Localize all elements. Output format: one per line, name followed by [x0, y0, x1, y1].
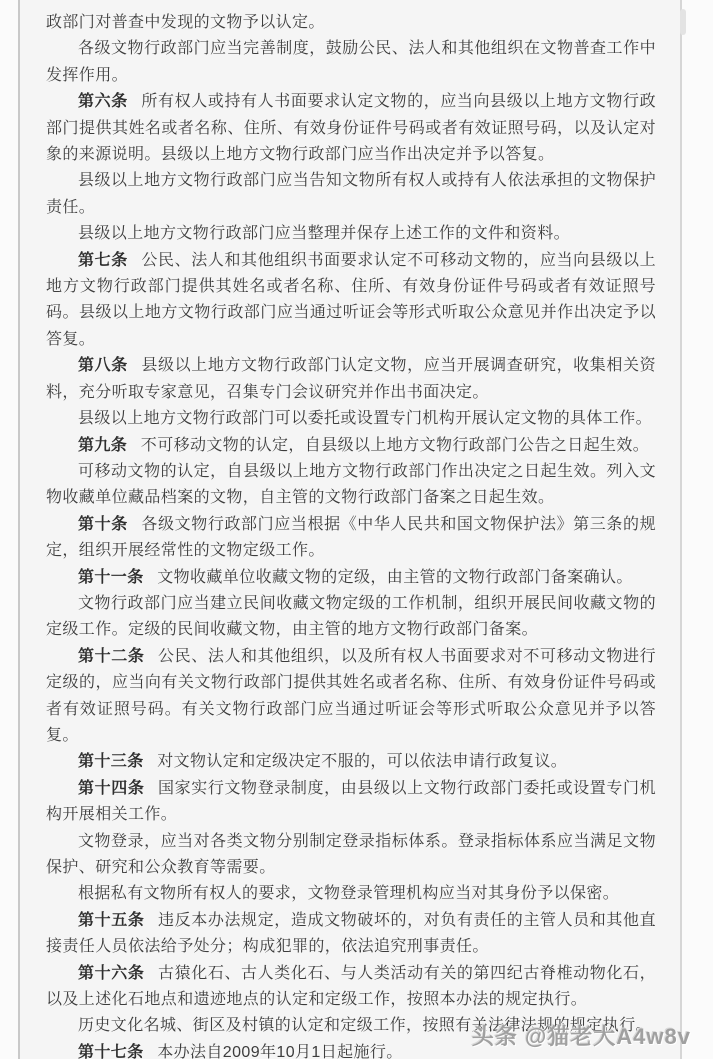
paragraph: 第十一条文物收藏单位收藏文物的定级，由主管的文物行政部门备案确认。 [46, 565, 656, 591]
paragraph: 第九条不可移动文物的认定，自县级以上地方文物行政部门公告之日起生效。 [46, 433, 656, 459]
paragraph: 第八条县级以上地方文物行政部门认定文物，应当开展调查研究，收集相关资料，充分听取… [46, 353, 656, 406]
paragraph: 根据私有文物所有权人的要求，文物登录管理机构应当对其身份予以保密。 [46, 881, 656, 907]
article-number: 第十四条 [78, 780, 144, 797]
paragraph-text: 所有权人或持有人书面要求认定文物的，应当向县级以上地方文物行政部门提供其姓名或者… [46, 93, 656, 163]
document-page: 政部门对普查中发现的文物予以认定。 各级文物行政部门应当完善制度，鼓励公民、法人… [18, 0, 682, 1059]
paragraph-text: 公民、法人和其他组织书面要求认定不可移动文物的，应当向县级以上地方文物行政部门提… [46, 252, 656, 348]
article-number: 第六条 [78, 93, 128, 110]
paragraph-text: 文物登录，应当对各类文物分别制定登录指标体系。登录指标体系应当满足文物保护、研究… [46, 833, 656, 876]
paragraph-text: 本办法自2009年10月1日起施行。 [157, 1044, 403, 1059]
paragraph: 县级以上地方文物行政部门应当整理并保存上述工作的文件和资料。 [46, 221, 656, 247]
watermark: 头条 @猫老大A4w8v [472, 1020, 691, 1051]
article-number: 第八条 [78, 357, 128, 374]
paragraph-text: 根据私有文物所有权人的要求，文物登录管理机构应当对其身份予以保密。 [78, 885, 619, 902]
document-body: 政部门对普查中发现的文物予以认定。 各级文物行政部门应当完善制度，鼓励公民、法人… [46, 10, 656, 1059]
paragraph-text: 文物收藏单位收藏文物的定级，由主管的文物行政部门备案确认。 [157, 569, 633, 586]
article-number: 第十一条 [78, 569, 144, 586]
paragraph-text: 县级以上地方文物行政部门应当整理并保存上述工作的文件和资料。 [78, 225, 570, 242]
paragraph: 第十二条公民、法人和其他组织，以及所有权人书面要求对不可移动文物进行定级的，应当… [46, 644, 656, 750]
paragraph: 文物行政部门应当建立民间收藏文物定级的工作机制，组织开展民间收藏文物的定级工作。… [46, 591, 656, 644]
article-number: 第十七条 [78, 1044, 144, 1059]
paragraph: 第十六条古猿化石、古人类化石、与人类活动有关的第四纪古脊椎动物化石，以及上述化石… [46, 961, 656, 1014]
watermark-text: 头条 @猫老大A4w8v [472, 1024, 691, 1049]
paragraph-text: 不可移动文物的认定，自县级以上地方文物行政部门公告之日起生效。 [141, 437, 649, 454]
paragraph-text: 可移动文物的认定，自县级以上地方文物行政部门作出决定之日起生效。列入文物收藏单位… [46, 463, 656, 506]
paragraph: 各级文物行政部门应当完善制度，鼓励公民、法人和其他组织在文物普查工作中发挥作用。 [46, 36, 656, 89]
article-number: 第十三条 [78, 753, 144, 770]
paragraph-text: 政部门对普查中发现的文物予以认定。 [46, 14, 325, 31]
paragraph-text: 县级以上地方文物行政部门应当告知文物所有权人或持有人依法承担的文物保护责任。 [46, 172, 656, 215]
paragraph-text: 各级文物行政部门应当完善制度，鼓励公民、法人和其他组织在文物普查工作中发挥作用。 [46, 40, 656, 83]
paragraph: 第七条公民、法人和其他组织书面要求认定不可移动文物的，应当向县级以上地方文物行政… [46, 248, 656, 354]
paragraph: 政部门对普查中发现的文物予以认定。 [46, 10, 656, 36]
paragraph-text: 文物行政部门应当建立民间收藏文物定级的工作机制，组织开展民间收藏文物的定级工作。… [46, 595, 656, 638]
article-number: 第十二条 [78, 648, 144, 665]
paragraph-text: 县级以上地方文物行政部门可以委托或设置专门机构开展认定文物的具体工作。 [78, 410, 652, 427]
paragraph: 文物登录，应当对各类文物分别制定登录指标体系。登录指标体系应当满足文物保护、研究… [46, 829, 656, 882]
paragraph: 第十五条违反本办法规定，造成文物破坏的，对负有责任的主管人员和其他直接责任人员依… [46, 908, 656, 961]
paragraph-text: 各级文物行政部门应当根据《中华人民共和国文物保护法》第三条的规定，组织开展经常性… [46, 516, 656, 559]
article-number: 第十六条 [78, 965, 144, 982]
paragraph: 县级以上地方文物行政部门应当告知文物所有权人或持有人依法承担的文物保护责任。 [46, 168, 656, 221]
article-number: 第七条 [78, 252, 128, 269]
paragraph: 县级以上地方文物行政部门可以委托或设置专门机构开展认定文物的具体工作。 [46, 406, 656, 432]
paragraph: 第十三条对文物认定和定级决定不服的，可以依法申请行政复议。 [46, 749, 656, 775]
paragraph: 第十四条国家实行文物登录制度，由县级以上文物行政部门委托或设置专门机构开展相关工… [46, 776, 656, 829]
paragraph-text: 对文物认定和定级决定不服的，可以依法申请行政复议。 [157, 753, 567, 770]
scrollbar-track [682, 0, 684, 1059]
paragraph-text: 县级以上地方文物行政部门认定文物，应当开展调查研究，收集相关资料，充分听取专家意… [46, 357, 656, 400]
article-number: 第十五条 [78, 912, 144, 929]
article-number: 第九条 [78, 437, 127, 454]
paragraph: 可移动文物的认定，自县级以上地方文物行政部门作出决定之日起生效。列入文物收藏单位… [46, 459, 656, 512]
scrollbar-thumb[interactable] [680, 9, 686, 35]
paragraph: 第十条各级文物行政部门应当根据《中华人民共和国文物保护法》第三条的规定，组织开展… [46, 512, 656, 565]
article-number: 第十条 [78, 516, 128, 533]
paragraph: 第六条所有权人或持有人书面要求认定文物的，应当向县级以上地方文物行政部门提供其姓… [46, 89, 656, 168]
